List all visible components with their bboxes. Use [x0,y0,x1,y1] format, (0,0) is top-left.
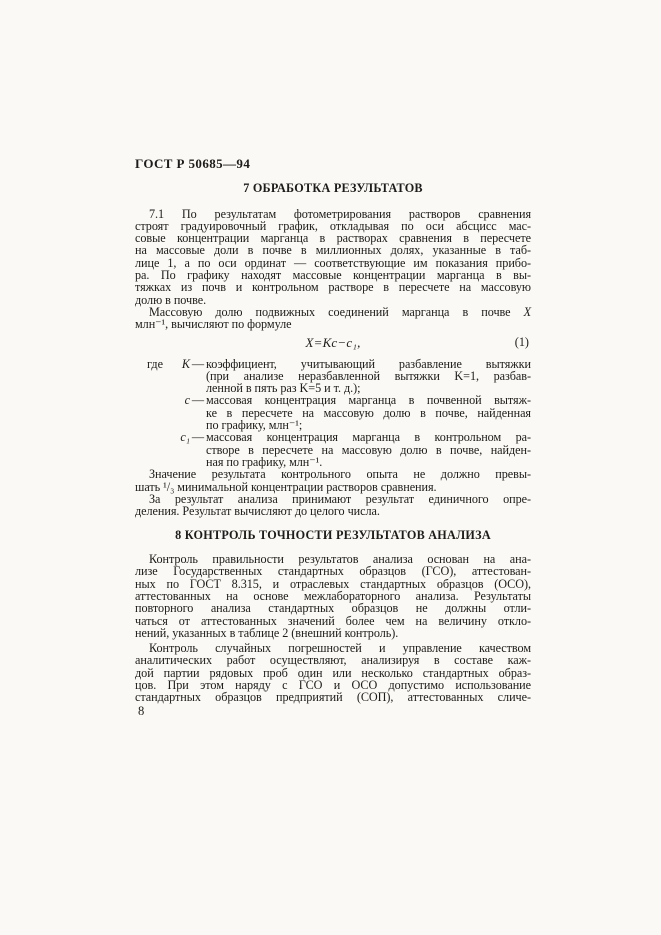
paragraph-random-errors: Контроль случайных погрешностей и управл… [135,642,531,703]
text-line: деления. Результат вычисляют до целого ч… [135,505,531,517]
definition-dash: — [190,358,206,395]
text-line: шать ¹/₃ минимальной концентрации раство… [135,481,531,493]
paragraph-result: За результат анализа принимают результат… [135,493,531,518]
formula-expression: X=Kc−c₁, [305,335,360,350]
text-line: стандартных образцов предприятий (СОП), … [135,691,531,703]
paragraph-7-1: 7.1 По результатам фотометрирования раст… [135,208,531,306]
definition-text: массовая концентрация марганца в контрол… [206,431,531,468]
text-line: повторного анализа стандартных образцов … [135,602,531,614]
text-line: Значение результата контрольного опыта н… [135,468,531,480]
text-line: массовая концентрация марганца в контрол… [206,431,531,443]
section-7-heading: 7 ОБРАБОТКА РЕЗУЛЬТАТОВ [135,182,531,195]
page-number: 8 [138,705,144,718]
definition-dash: — [190,431,206,468]
definition-k: где K — коэффициент, учитывающий разбавл… [135,358,531,395]
definition-dash: — [190,394,206,431]
text-column: ГОСТ Р 50685—94 7 ОБРАБОТКА РЕЗУЛЬТАТОВ … [135,157,531,704]
formula-number: (1) [515,335,529,350]
text-line: лизе Государственных стандартных образцо… [135,565,531,577]
definition-lead [147,431,175,468]
variable-x: X [524,305,531,319]
formula-1: X=Kc−c₁, (1) [135,334,531,348]
text-line: тяжках из почв и контрольном растворе в … [135,281,531,293]
text-line: коэффициент, учитывающий разбавление выт… [206,358,531,370]
text-line: нений, указанных в таблице 2 (внешний ко… [135,627,531,639]
paragraph-accuracy-control: Контроль правильности результатов анализ… [135,553,531,639]
paragraph-control-value: Значение результата контрольного опыта н… [135,468,531,493]
text-line: чаться от аттестованных значений более ч… [135,615,531,627]
doc-number-header: ГОСТ Р 50685—94 [135,157,531,170]
text-line: млн⁻¹, вычисляют по формуле [135,318,531,330]
definition-text: коэффициент, учитывающий разбавление выт… [206,358,531,395]
definition-c1: c₁ — массовая концентрация марганца в ко… [135,431,531,468]
section-8-heading: 8 КОНТРОЛЬ ТОЧНОСТИ РЕЗУЛЬТАТОВ АНАЛИЗА [135,529,531,542]
text-line: массовая концентрация марганца в почвенн… [206,394,531,406]
definition-list: где K — коэффициент, учитывающий разбавл… [135,358,531,469]
text-line: на массовые доли в почве в миллионных до… [135,244,531,256]
scanned-document-page: ГОСТ Р 50685—94 7 ОБРАБОТКА РЕЗУЛЬТАТОВ … [0,0,661,935]
definition-lead: где [147,358,175,395]
definition-term: c [175,394,190,431]
text-line: аналитических работ осуществляют, анализ… [135,654,531,666]
paragraph-formula-intro: Массовую долю подвижных соединений марга… [135,306,531,331]
definition-c: c — массовая концентрация марганца в поч… [135,394,531,431]
definition-term: K [175,358,190,395]
definition-lead [147,394,175,431]
definition-text: массовая концентрация марганца в почвенн… [206,394,531,431]
definition-term: c₁ [175,431,190,468]
